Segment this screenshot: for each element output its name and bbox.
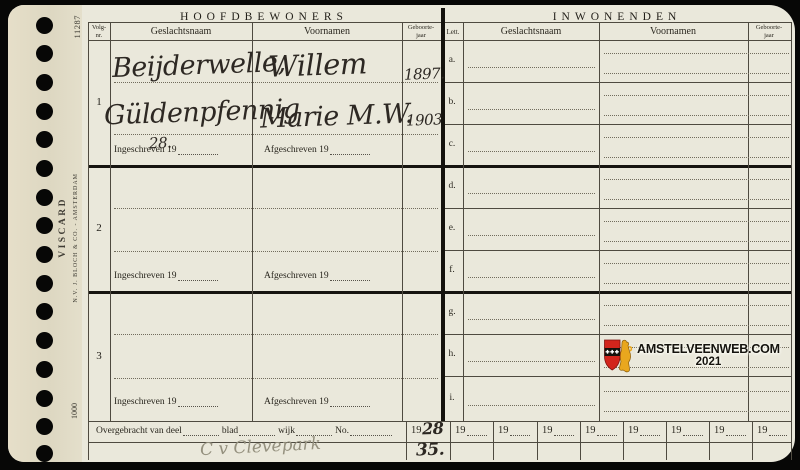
dotted-line: [604, 241, 789, 242]
dotted-line: [604, 283, 789, 284]
rule: [88, 22, 441, 23]
punch-hole: [36, 303, 53, 320]
letter-row-i: i.: [441, 393, 463, 403]
col-header-geboortejaar-r: Geboorte-jaar: [756, 24, 782, 39]
col-header-voornamen: Voornamen: [304, 26, 350, 37]
dotted-line: [604, 325, 789, 326]
punch-hole: [36, 45, 53, 62]
dotted-line: [604, 95, 789, 96]
rule: [88, 22, 89, 460]
gold-lion: [619, 340, 630, 372]
afgeschreven-label: Afgeschreven 19: [264, 145, 370, 155]
letter-row-e: e.: [441, 223, 463, 233]
handwriting-transfer-year: 28: [422, 419, 444, 439]
punch-hole: [36, 275, 53, 292]
dotted-line: [468, 405, 595, 406]
rule: [444, 22, 791, 23]
rule: [444, 124, 791, 125]
punch-hole: [36, 74, 53, 91]
rule: [580, 421, 581, 460]
dotted-line: [468, 109, 595, 110]
col-header-geslachtsnaam-r: Geslachtsnaam: [501, 26, 562, 37]
dotted-line: [604, 53, 789, 54]
year-cell: 19: [757, 425, 789, 436]
letter-row-h: h.: [441, 349, 463, 359]
year-cell-filled: 19: [411, 425, 422, 436]
dotted-line: [604, 305, 789, 306]
pencil-address-note: C v Clevepark: [200, 434, 322, 460]
rule: [444, 82, 791, 83]
dotted-line: [604, 73, 789, 74]
handwriting-card-number: 35.: [416, 440, 445, 461]
letter-row-f: f.: [441, 265, 463, 275]
rule: [791, 22, 792, 460]
rule-thick: [88, 165, 791, 168]
serial-number-bottom: 1000: [70, 403, 79, 419]
rule: [537, 421, 538, 460]
year-cell: 19: [455, 425, 489, 436]
ingeschreven-label: Ingeschreven 19: [114, 397, 218, 407]
punch-hole: [36, 131, 53, 148]
dotted-line: [604, 157, 789, 158]
punch-hole: [36, 445, 53, 462]
col-header-geslachtsnaam: Geslachtsnaam: [151, 26, 212, 37]
col-header-volgnr: Volg-nr.: [92, 24, 106, 39]
letter-row-b: b.: [441, 97, 463, 107]
col-header-geboortejaar: Geboorte-jaar: [408, 24, 434, 39]
rule: [444, 334, 791, 335]
printer-address: N.V. J. BLOCH & CO. - AMSTERDAM: [73, 173, 79, 303]
dotted-line: [114, 208, 438, 209]
rule: [444, 250, 791, 251]
ingeschreven-label: Ingeschreven 19: [114, 145, 218, 155]
punch-hole: [36, 332, 53, 349]
dotted-line: [114, 378, 438, 379]
year-cell: 19: [628, 425, 662, 436]
dotted-line: [604, 391, 789, 392]
letter-row-g: g.: [441, 307, 463, 317]
dotted-line: [468, 361, 595, 362]
overgebracht-row: Overgebracht van deel blad wijk No.: [96, 426, 402, 436]
handwriting-year-2: 1903: [406, 110, 443, 129]
printer-brand: VISCARD: [58, 197, 68, 258]
watermark-year: 2021: [637, 356, 780, 369]
rule: [463, 22, 464, 421]
handwriting-year-1: 1897.: [404, 64, 445, 83]
year-cell: 19: [498, 425, 532, 436]
punch-hole: [36, 246, 53, 263]
punch-hole: [36, 103, 53, 120]
amstelveen-coat-of-arms: [602, 337, 634, 375]
rule: [752, 421, 753, 460]
dotted-line: [604, 179, 789, 180]
dotted-line: [468, 319, 595, 320]
row-number-2: 2: [88, 222, 110, 234]
handwriting-firstname-2: Marie M.W.: [260, 98, 414, 134]
punch-hole: [36, 160, 53, 177]
year-cell: 19: [585, 425, 619, 436]
dotted-line: [114, 334, 438, 335]
dotted-line: [604, 411, 789, 412]
dotted-line: [468, 235, 595, 236]
serial-number-top: 11287: [72, 15, 82, 38]
year-cell: 19: [542, 425, 576, 436]
punch-hole: [36, 189, 53, 206]
dotted-line: [468, 151, 595, 152]
punch-hole: [36, 17, 53, 34]
row-number-3: 3: [88, 350, 110, 362]
dotted-line: [468, 193, 595, 194]
punch-hole: [36, 390, 53, 407]
year-cell: 19: [714, 425, 748, 436]
rule: [450, 421, 451, 460]
scanned-register-card-page: { "colors": {"card":"#eae8db","margin":"…: [0, 0, 800, 470]
ingeschreven-label: Ingeschreven 19: [114, 271, 218, 281]
dotted-line: [604, 137, 789, 138]
rule: [666, 421, 667, 460]
punch-hole: [36, 418, 53, 435]
dotted-line: [604, 221, 789, 222]
letter-row-d: d.: [441, 181, 463, 191]
rule: [444, 376, 791, 377]
rule: [599, 22, 600, 421]
rule: [110, 22, 111, 421]
dotted-line: [114, 251, 438, 252]
watermark-site: AMSTELVEENWEB.COM: [637, 343, 780, 356]
year-cell: 19: [671, 425, 705, 436]
handwriting-firstname-1: Willem: [267, 46, 367, 83]
punch-hole: [36, 217, 53, 234]
dotted-line: [604, 115, 789, 116]
dotted-line: [604, 263, 789, 264]
rule: [444, 208, 791, 209]
dotted-line: [468, 277, 595, 278]
dotted-line: [468, 67, 595, 68]
rule: [493, 421, 494, 460]
col-header-voornamen-r: Voornamen: [650, 26, 696, 37]
afgeschreven-label: Afgeschreven 19: [264, 271, 370, 281]
letter-row-c: c.: [441, 139, 463, 149]
rule-thick: [88, 291, 791, 294]
col-header-lett: Lett.: [446, 28, 459, 36]
rule: [406, 421, 407, 460]
rule: [623, 421, 624, 460]
rule: [88, 40, 791, 41]
register-card: 11287 VISCARD N.V. J. BLOCH & CO. - AMST…: [8, 5, 795, 462]
afgeschreven-label: Afgeschreven 19: [264, 397, 370, 407]
rule: [709, 421, 710, 460]
letter-row-a: a.: [441, 55, 463, 65]
dotted-line: [604, 199, 789, 200]
handwriting-surname-1: Beijderwelle,: [112, 47, 286, 84]
watermark: AMSTELVEENWEB.COM 2021: [602, 337, 780, 375]
punch-hole: [36, 361, 53, 378]
